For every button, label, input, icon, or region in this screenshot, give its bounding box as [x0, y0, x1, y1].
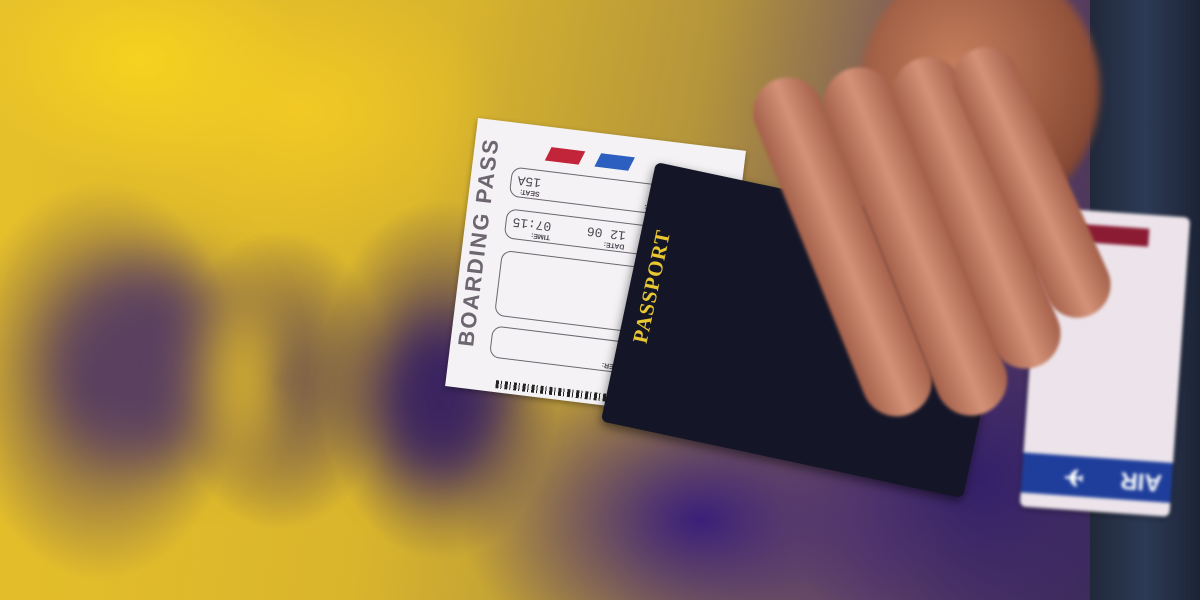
date-group: DATE: 12 06	[585, 223, 626, 250]
airline-band: AIR ✈	[1021, 453, 1173, 503]
time-group: TIME: 07:15	[511, 214, 552, 241]
airline-band-text: AIR	[1120, 466, 1163, 496]
red-stripe	[545, 147, 586, 164]
seat-group: SEAT: 15A	[516, 172, 542, 197]
plane-icon: ✈	[1063, 462, 1085, 490]
blue-stripe	[594, 153, 635, 170]
background-figure	[210, 300, 280, 460]
photo-scene: BOARDING PASS BOARDING TIME: 06:40 SEAT:…	[0, 0, 1200, 600]
seat-value: 15A	[517, 172, 542, 190]
hand	[730, 60, 1020, 440]
